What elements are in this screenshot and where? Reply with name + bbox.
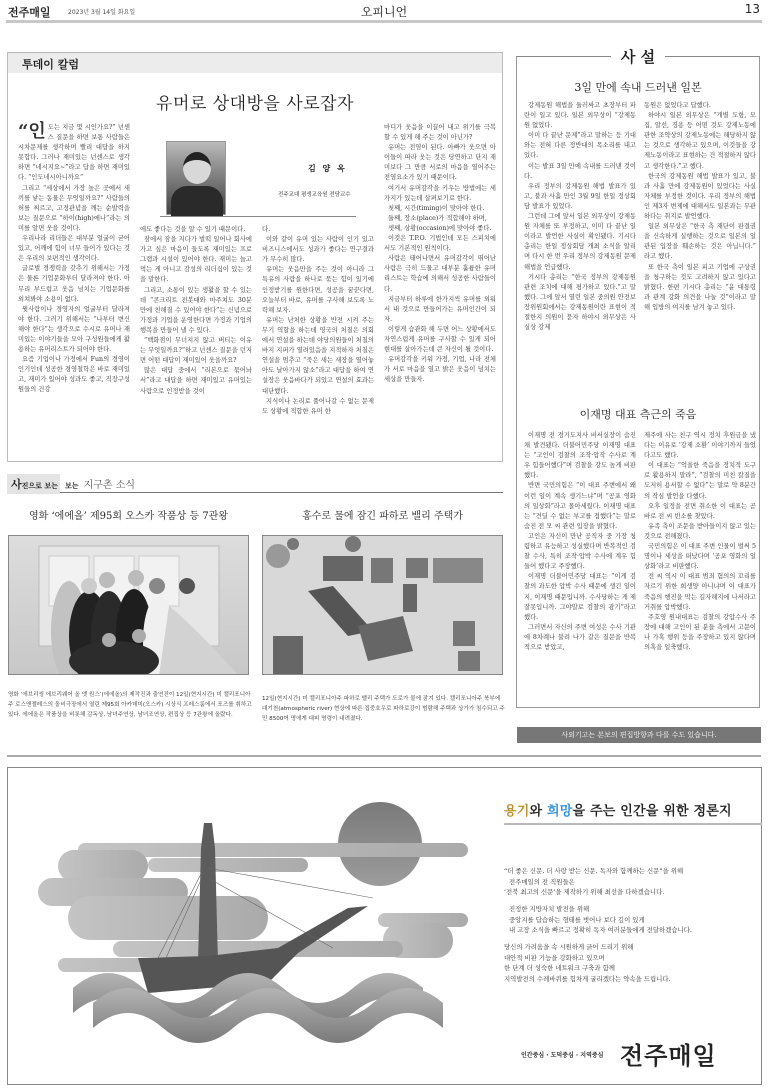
today-column: 투데이 칼럼 유머로 상대방을 사로잡자 “인 도는 지금 몇 시인가요?” 넌… bbox=[7, 52, 503, 462]
column-text-col2: 에도 좋다는 것을 알 수 있기 때문이다. 잠에서 잠을 지다가 벌떡 일어나… bbox=[140, 225, 252, 397]
editorial-1-col2: 동원은 없었다고 답했다. 하야시 일본 외무상은 “개별 도항, 모집, 알선… bbox=[644, 101, 756, 313]
caption-oscar: 영화 ‘에브리씽 에브리웨어 올 앳 원스’(에에올)의 제작진과 출연진이 1… bbox=[8, 690, 252, 720]
editorial-2-col1: 이재명 전 경기도지사 비서실장이 숨진 채 발견됐다. 더불어민주당 이재명 … bbox=[524, 431, 636, 653]
dropcap: “인 bbox=[18, 123, 46, 141]
author-name: 김 양 옥 bbox=[308, 163, 347, 174]
column-text-col3: 다. 이와 같이 유머 있는 사람이 인기 있고 비즈니스에서도 성과가 좋다는… bbox=[262, 225, 374, 417]
photo-news-header: 사진으로 보는 보는 지구촌 소식 bbox=[7, 473, 503, 493]
photo-title-oscar: 영화 ‘에에올’ 제95회 오스카 작품상 등 7관왕 bbox=[8, 507, 249, 522]
ad-paragraph-1: “더 좋은 신문, 더 사랑 받는 신문, 독자와 함께하는 신문”을 위해 전… bbox=[504, 866, 683, 898]
ad-slogan: 용기와 희망을 주는 인간을 위한 정론지 bbox=[504, 800, 732, 819]
section-divider bbox=[7, 755, 761, 757]
oscar-photo bbox=[8, 535, 249, 675]
masthead-rule bbox=[6, 20, 762, 23]
ship-illustration bbox=[28, 788, 478, 1048]
column-title: 유머로 상대방을 사로잡자 bbox=[8, 89, 502, 114]
disclaimer-notice: 사외기고는 본보의 편집방향과 다를 수도 있습니다. bbox=[517, 727, 761, 743]
ad-title-rule bbox=[504, 823, 762, 825]
ad-motto: 인간중심 · 도덕중심 · 지역중심 bbox=[521, 1050, 603, 1059]
ad-logo: 전주매일 bbox=[620, 1036, 717, 1071]
editorial-title-2: 이재명 대표 측근의 죽음 bbox=[516, 406, 760, 422]
page-number: 13 bbox=[745, 2, 760, 16]
today-column-header: 투데이 칼럼 bbox=[8, 53, 502, 73]
editorial-title-1: 3일 만에 속내 드러낸 일본 bbox=[516, 79, 760, 95]
ad-paragraph-3: 당신의 가려움을 속 시원하게 긁어 드리기 위해 대안적 비판 기능을 강화하… bbox=[504, 942, 671, 984]
house-advertisement: 용기와 희망을 주는 인간을 위한 정론지 “더 좋은 신문, 더 사랑 받는 … bbox=[7, 767, 762, 1085]
masthead: 전주매일 2023년 3월 14일 화요일 오피니언 13 bbox=[6, 0, 762, 22]
column-text-col4: 마디가 웃음을 이끌어 내고 위기를 극복할 수 있게 해 주는 것이 아닌가?… bbox=[384, 123, 496, 385]
flood-photo bbox=[262, 535, 503, 675]
photo-title-flood: 홍수로 물에 잠긴 파하로 밸리 주택가 bbox=[262, 507, 503, 522]
divider bbox=[160, 216, 356, 217]
ad-paragraph-2: 진정한 지방자치 발전을 위해 중앙지를 답습하는 형태를 벗어나 보다 깊이 … bbox=[504, 904, 692, 936]
editorial-1-col1: 강제동원 해법을 둘러싸고 초장부터 파란이 일고 있다. 일본 외무상이 “강… bbox=[524, 101, 636, 333]
section-title: 오피니언 bbox=[6, 3, 762, 20]
author-photo bbox=[166, 141, 226, 215]
editorial-header: 사 설 bbox=[516, 46, 760, 66]
caption-flood: 12일(현지시간) 미 캘리포니아주 파하로 밸리 주택가 도로가 물에 잠겨 … bbox=[262, 694, 506, 724]
editorial-2-col2: 제주에 사는 친구 역시 정치 후원금을 냈다는 이유로 ‘강제 소환’ 이야기… bbox=[644, 431, 756, 653]
author-role: 전주교대 평생교육원 전담교수 bbox=[278, 190, 351, 198]
column-text-col1: “인 도는 지금 몇 시인가요?” 넌센스 질문을 하면 보통 사람들은 시차문… bbox=[18, 123, 130, 396]
